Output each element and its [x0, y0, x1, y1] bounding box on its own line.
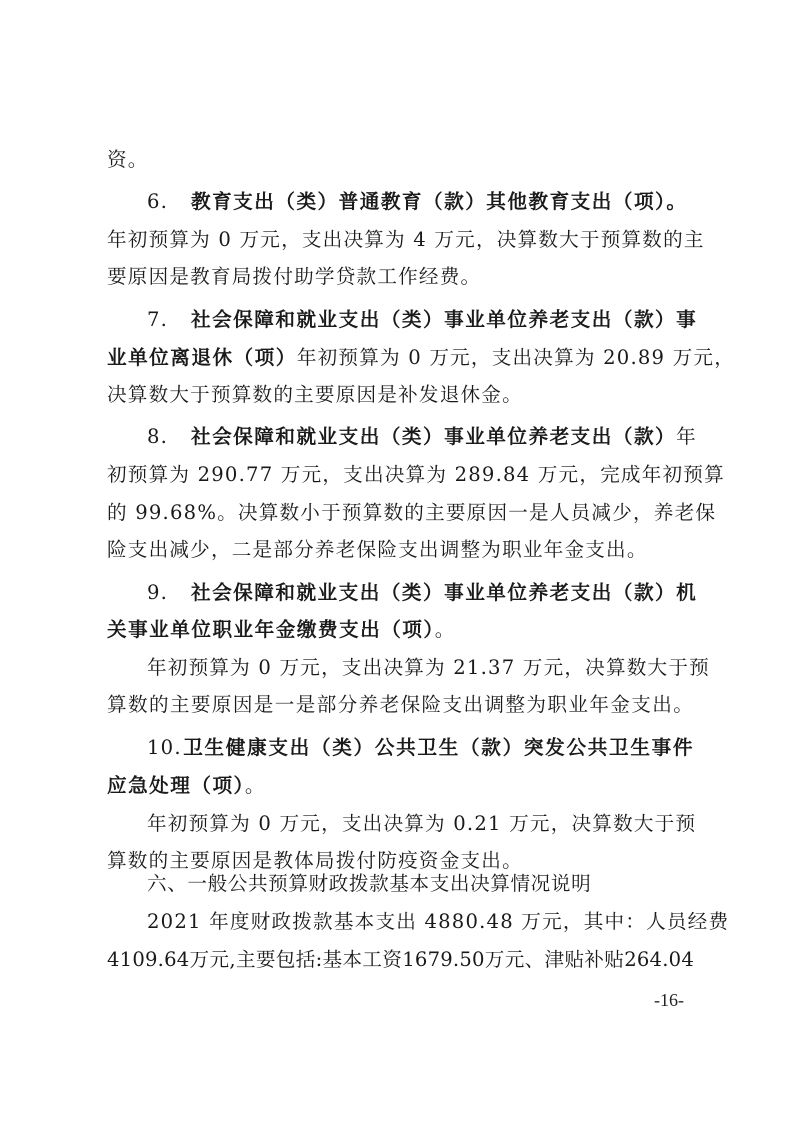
item-title: 教育支出（类）普通教育（款）其他教育支出（项）。: [191, 190, 687, 213]
page-number: -16-: [654, 990, 684, 1011]
item-number: 7.: [147, 302, 191, 338]
text-line: 险支出减少，二是部分养老保险支出调整为职业年金支出。: [107, 538, 648, 561]
item-10-body-line-1: 年初预算为 0 万元，支出决算为 0.21 万元，决算数大于预: [147, 806, 694, 842]
item-10-title-line-1: 10.卫生健康支出（类）公共卫生（款）突发公共卫生事件: [147, 730, 694, 766]
item-title: 卫生健康支出（类）公共卫生（款）突发公共卫生事件: [183, 736, 694, 759]
item-8-body-line-3: 险支出减少，二是部分养老保险支出调整为职业年金支出。: [107, 532, 694, 568]
text-line: 年: [676, 425, 697, 448]
item-title-continued: 关事业单位职业年金缴费支出（项）: [107, 618, 435, 641]
text-line: 的 99.68%。决算数小于预算数的主要原因一是人员减少，养老保: [107, 501, 716, 524]
item-title: 社会保障和就业支出（类）事业单位养老支出（款）: [191, 425, 676, 448]
text-line: 。: [245, 774, 266, 797]
text-line: 年初预算为 0 万元，支出决算为 21.37 万元，决算数大于预: [147, 656, 710, 679]
text-line: 2021 年度财政拨款基本支出 4880.48 万元，其中：人员经费: [147, 910, 729, 933]
text-line: 算数的主要原因是一是部分养老保险支出调整为职业年金支出。: [107, 693, 694, 716]
item-7-title-line-2: 业单位离退休（项）年初预算为 0 万元，支出决算为 20.89 万元，: [107, 340, 694, 376]
document-page: 资。 6.教育支出（类）普通教育（款）其他教育支出（项）。 年初预算为 0 万元…: [0, 0, 793, 1122]
section-body-line-1: 2021 年度财政拨款基本支出 4880.48 万元，其中：人员经费: [147, 904, 694, 940]
item-number: 6.: [147, 184, 191, 220]
text-line: 资。: [107, 148, 149, 171]
text-line: 。: [435, 618, 456, 641]
item-8-title: 8.社会保障和就业支出（类）事业单位养老支出（款）年: [147, 419, 694, 455]
item-title-continued: 应急处理（项）: [107, 774, 245, 797]
item-8-body-line-1: 初预算为 290.77 万元，支出决算为 289.84 万元，完成年初预算: [107, 457, 694, 493]
item-number: 10.: [147, 730, 183, 766]
item-7-body-line: 决算数大于预算数的主要原因是补发退休金。: [107, 377, 694, 413]
text-line: 年初预算为 0 万元，支出决算为 20.89 万元，: [297, 346, 735, 369]
text-line: 4109.64万元,主要包括:基本工资1679.50万元、津贴补贴264.04: [107, 948, 694, 971]
item-9-body-line-1: 年初预算为 0 万元，支出决算为 21.37 万元，决算数大于预: [147, 650, 694, 686]
text-line: 年初预算为 0 万元，支出决算为 0.21 万元，决算数大于预: [147, 812, 696, 835]
item-number: 9.: [147, 575, 191, 611]
item-6-body-line-2: 要原因是教育局拨付助学贷款工作经费。: [107, 259, 694, 295]
section-heading-text: 六、一般公共预算财政拨款基本支出决算情况说明: [147, 872, 591, 895]
item-title-continued: 业单位离退休（项）: [107, 346, 297, 369]
text-line: 初预算为 290.77 万元，支出决算为 289.84 万元，完成年初预算: [107, 463, 725, 486]
item-6-title: 6.教育支出（类）普通教育（款）其他教育支出（项）。: [147, 184, 694, 220]
item-9-body-line-2: 算数的主要原因是一是部分养老保险支出调整为职业年金支出。: [107, 687, 694, 723]
item-9-title-line-1: 9.社会保障和就业支出（类）事业单位养老支出（款）机: [147, 575, 694, 611]
item-number: 8.: [147, 419, 191, 455]
item-7-title-line-1: 7.社会保障和就业支出（类）事业单位养老支出（款）事: [147, 302, 694, 338]
section-heading: 六、一般公共预算财政拨款基本支出决算情况说明: [147, 866, 694, 902]
item-title: 社会保障和就业支出（类）事业单位养老支出（款）机: [191, 581, 697, 604]
item-title: 社会保障和就业支出（类）事业单位养老支出（款）事: [191, 308, 697, 331]
text-line: 决算数大于预算数的主要原因是补发退休金。: [107, 383, 523, 406]
item-9-title-line-2: 关事业单位职业年金缴费支出（项）。: [107, 612, 694, 648]
text-line: 年初预算为 0 万元，支出决算为 4 万元，决算数大于预算数的主: [107, 228, 705, 251]
item-8-body-line-2: 的 99.68%。决算数小于预算数的主要原因一是人员减少，养老保: [107, 495, 694, 531]
section-body-line-2: 4109.64万元,主要包括:基本工资1679.50万元、津贴补贴264.04: [107, 942, 694, 978]
item-6-body-line-1: 年初预算为 0 万元，支出决算为 4 万元，决算数大于预算数的主: [107, 222, 694, 258]
text-line: 要原因是教育局拨付助学贷款工作经费。: [107, 265, 481, 288]
continuation-text: 资。: [107, 142, 694, 178]
item-10-title-line-2: 应急处理（项）。: [107, 768, 694, 804]
